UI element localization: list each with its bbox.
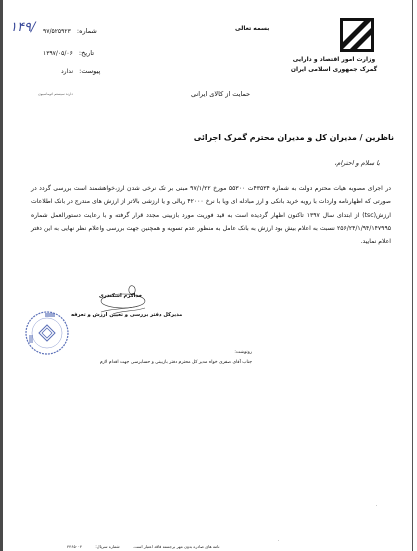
bismillah: بسمه تعالی bbox=[235, 25, 269, 32]
letter-body: در اجرای مصوبه هیات محترم دولت به شماره … bbox=[31, 182, 391, 248]
attachment-label: پیوست: bbox=[79, 67, 100, 75]
scan-speck bbox=[376, 505, 377, 506]
date-label: تاریخ: bbox=[79, 49, 94, 57]
cc-recipient: جناب آقای صفری خواه مدیر کل محترم دفتر ب… bbox=[100, 360, 252, 365]
letter-attachment: پیوست: ندارد bbox=[61, 67, 100, 75]
scan-speck bbox=[278, 540, 279, 541]
letter-page: وزارت امور اقتصاد و دارایی گمرک جمهوری ا… bbox=[3, 0, 412, 551]
letter-number: شماره: ۹۷/۵۲۵۹۲۳ bbox=[43, 27, 97, 35]
ministry-heading: وزارت امور اقتصاد و دارایی گمرک جمهوری ا… bbox=[289, 55, 379, 75]
serial-label: شماره سریال: bbox=[95, 544, 119, 549]
automation-note: دارند سیستم اتوماسیون bbox=[38, 92, 73, 96]
addressee: ناظرین / مدیران کل و مدیران محترم گمرک ا… bbox=[194, 133, 394, 142]
number-value: ۹۷/۵۲۵۹۲۳ bbox=[43, 28, 71, 35]
number-label: شماره: bbox=[77, 27, 97, 35]
footer: نامه های صادره بدون مهر برجسته فاقد اعتب… bbox=[55, 544, 219, 549]
scan-right-border bbox=[412, 0, 413, 551]
signature-scribble-icon bbox=[83, 282, 163, 330]
ministry-line-2: گمرک جمهوری اسلامی ایران bbox=[289, 65, 379, 75]
ministry-line-1: وزارت امور اقتصاد و دارایی bbox=[289, 55, 379, 65]
signatory-name: خداکرم اسکندری bbox=[99, 293, 142, 299]
slogan: حمایت از کالای ایرانی bbox=[191, 90, 250, 98]
serial-value: ۴۴۶۵۰۰۴ bbox=[67, 544, 82, 549]
signatory-title: مدیرکل دفتر بررسی و تعیین ارزش و تعرفه bbox=[71, 312, 182, 318]
customs-logo-icon bbox=[340, 18, 374, 52]
greeting: با سلام و احترام، bbox=[334, 159, 380, 167]
handwritten-number: ۱۴۹/ bbox=[10, 20, 35, 35]
letter-date: تاریخ: ۱۳۹۷/۰۵/۰۶ bbox=[43, 49, 94, 57]
date-value: ۱۳۹۷/۰۵/۰۶ bbox=[43, 50, 73, 57]
cc-title: رونوشت: bbox=[234, 350, 252, 355]
footer-notice: نامه های صادره بدون مهر برجسته فاقد اعتب… bbox=[133, 544, 220, 549]
official-stamp-icon bbox=[17, 305, 73, 355]
attachment-value: ندارد bbox=[61, 68, 73, 75]
